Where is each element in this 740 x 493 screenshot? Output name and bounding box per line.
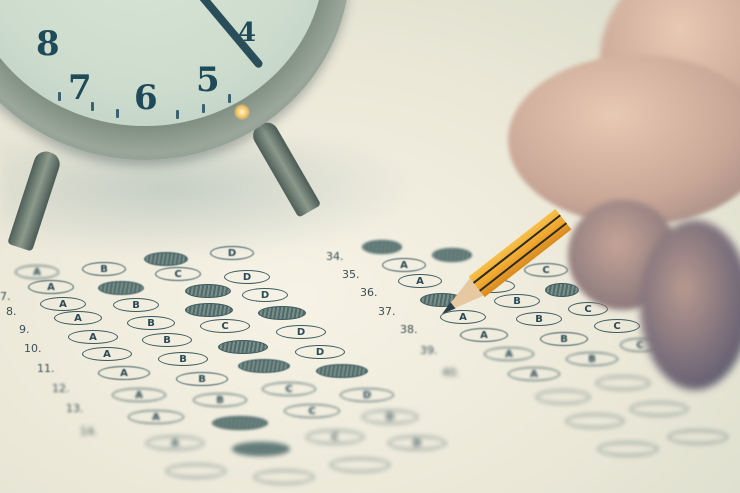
answer-bubble[interactable] xyxy=(566,414,624,428)
answer-bubble[interactable]: C xyxy=(284,404,340,418)
clock-number-7: 7 xyxy=(68,68,92,108)
answer-bubble[interactable]: A xyxy=(398,274,442,288)
question-number: 11. xyxy=(37,362,55,375)
question-number: 8. xyxy=(6,305,17,318)
answer-bubble-filled[interactable] xyxy=(144,252,188,266)
answer-bubble[interactable]: B xyxy=(142,333,192,347)
clock-light-reflection xyxy=(234,104,250,120)
clock-number-6: 6 xyxy=(134,78,158,118)
question-number: 40. xyxy=(442,366,460,379)
answer-bubble[interactable]: B xyxy=(113,298,159,312)
clock-shadow xyxy=(0,140,420,260)
photo-scene: 8 7 6 5 4 7. 8. 9. 10. 11. 12. 13. 14. A… xyxy=(0,0,740,493)
clock-face: 8 7 6 5 4 xyxy=(0,0,324,126)
answer-bubble-filled[interactable] xyxy=(316,364,368,378)
clock-tick xyxy=(202,104,205,113)
answer-bubble[interactable]: B xyxy=(176,372,228,386)
answer-bubble[interactable]: B xyxy=(127,316,175,330)
clock-tick xyxy=(91,102,94,111)
question-number: 7. xyxy=(0,290,11,303)
answer-bubble-filled[interactable] xyxy=(185,303,233,317)
question-number: 36. xyxy=(360,286,378,299)
answer-bubble[interactable]: A xyxy=(54,311,102,325)
answer-bubble[interactable]: A xyxy=(146,436,204,450)
answer-bubble[interactable]: B xyxy=(540,332,588,346)
answer-bubble-filled[interactable] xyxy=(185,284,231,298)
question-number: 13. xyxy=(66,402,84,415)
answer-bubble-filled[interactable] xyxy=(362,240,402,254)
answer-bubble[interactable]: D xyxy=(295,345,345,359)
answer-bubble[interactable]: D xyxy=(340,388,394,402)
question-number: 38. xyxy=(400,323,418,336)
answer-bubble-filled[interactable] xyxy=(545,283,579,297)
answer-bubble[interactable]: A xyxy=(40,297,86,311)
clock-number-8: 8 xyxy=(36,24,60,64)
clock-number-5: 5 xyxy=(196,60,220,100)
answer-bubble[interactable]: B xyxy=(158,352,208,366)
question-number: 14. xyxy=(80,425,98,438)
answer-bubble[interactable]: A xyxy=(28,280,74,294)
answer-bubble[interactable]: A xyxy=(508,367,560,381)
clock-tick xyxy=(58,92,61,101)
question-number: 37. xyxy=(378,305,396,318)
answer-bubble[interactable] xyxy=(598,442,658,456)
answer-bubble[interactable] xyxy=(254,470,314,484)
answer-bubble[interactable]: A xyxy=(15,265,59,279)
answer-bubble[interactable]: A xyxy=(98,366,150,380)
question-number: 9. xyxy=(19,323,30,336)
answer-bubble[interactable]: C xyxy=(594,319,640,333)
answer-bubble[interactable]: D xyxy=(210,246,254,260)
clock-tick xyxy=(228,94,231,103)
answer-bubble-filled[interactable] xyxy=(258,306,306,320)
answer-bubble-filled[interactable] xyxy=(212,416,268,430)
answer-bubble[interactable] xyxy=(330,458,390,472)
answer-bubble[interactable] xyxy=(166,464,226,478)
answer-bubble[interactable]: B xyxy=(193,393,247,407)
answer-bubble[interactable]: C xyxy=(306,430,364,444)
answer-bubble[interactable]: D xyxy=(224,270,270,284)
answer-bubble[interactable]: D xyxy=(362,410,418,424)
question-number: 35. xyxy=(342,268,360,281)
answer-bubble[interactable]: A xyxy=(382,258,426,272)
answer-bubble[interactable]: B xyxy=(516,312,562,326)
question-number: 12. xyxy=(52,382,70,395)
hand-ring-finger xyxy=(640,220,740,390)
question-number: 10. xyxy=(24,342,42,355)
answer-bubble[interactable]: A xyxy=(460,328,508,342)
answer-bubble[interactable]: D xyxy=(388,436,446,450)
answer-bubble[interactable] xyxy=(668,430,728,444)
answer-bubble[interactable]: B xyxy=(566,352,618,366)
answer-bubble-filled[interactable] xyxy=(218,340,268,354)
answer-bubble[interactable]: D xyxy=(242,288,288,302)
pencil-stripe xyxy=(479,222,567,291)
answer-bubble-filled[interactable] xyxy=(432,248,472,262)
answer-bubble[interactable]: B xyxy=(494,294,540,308)
answer-bubble-filled[interactable] xyxy=(232,442,290,456)
question-number: 34. xyxy=(326,250,344,263)
question-number: 39. xyxy=(420,344,438,357)
clock-tick xyxy=(176,110,179,119)
answer-bubble[interactable]: B xyxy=(82,262,126,276)
alarm-clock: 8 7 6 5 4 xyxy=(0,0,350,160)
answer-bubble[interactable]: A xyxy=(484,347,534,361)
answer-bubble[interactable]: C xyxy=(200,319,250,333)
answer-bubble[interactable]: C xyxy=(155,267,201,281)
answer-bubble[interactable]: A xyxy=(128,410,184,424)
answer-bubble[interactable]: A xyxy=(112,388,166,402)
answer-bubble[interactable]: D xyxy=(276,325,326,339)
answer-bubble[interactable]: A xyxy=(68,330,118,344)
answer-bubble[interactable] xyxy=(536,390,590,404)
answer-bubble[interactable] xyxy=(630,402,688,416)
answer-bubble[interactable] xyxy=(596,376,650,390)
answer-bubble-filled[interactable] xyxy=(98,281,144,295)
clock-tick xyxy=(116,109,119,118)
answer-bubble[interactable]: A xyxy=(82,347,132,361)
answer-bubble-filled[interactable] xyxy=(238,359,290,373)
answer-bubble[interactable]: C xyxy=(262,382,316,396)
